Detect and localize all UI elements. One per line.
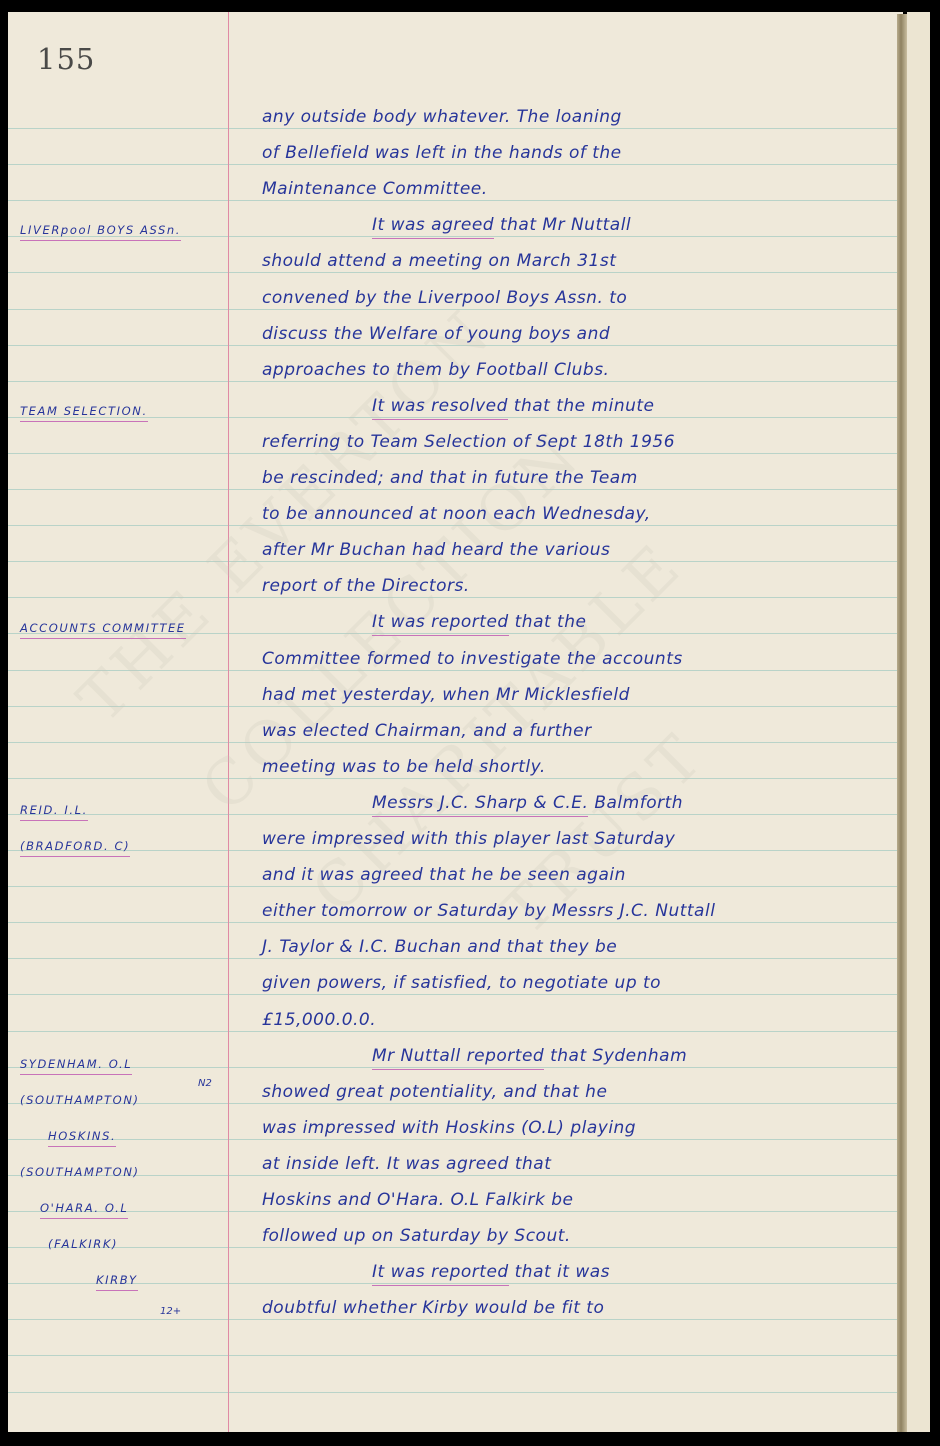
margin-note-liverpool-boys: LIVERpool BOYS ASSn. xyxy=(20,223,181,237)
rule-line xyxy=(8,1211,897,1212)
underlined-phrase: It was reported xyxy=(372,612,509,636)
margin-note-ohara: O'HARA. O.L xyxy=(40,1201,128,1215)
underlined-phrase: It was resolved xyxy=(372,396,508,420)
margin-note-text: REID. I.L. xyxy=(20,803,88,821)
rule-line xyxy=(8,1103,897,1104)
minutes-line: meeting was to be held shortly. xyxy=(262,757,546,777)
rule-line xyxy=(8,561,897,562)
rule-line xyxy=(8,381,897,382)
minutes-line: was elected Chairman, and a further xyxy=(262,721,592,741)
rule-line xyxy=(8,200,897,201)
margin-note-team-selection: TEAM SELECTION. xyxy=(20,404,148,418)
margin-note-southampton-1: (SOUTHAMPTON) xyxy=(20,1093,140,1107)
rule-line xyxy=(8,272,897,273)
minutes-line: report of the Directors. xyxy=(262,576,470,596)
minutes-line: doubtful whether Kirby would be fit to xyxy=(262,1298,604,1318)
underlined-phrase: Messrs J.C. Sharp & C.E. xyxy=(372,793,588,817)
minutes-line: of Bellefield was left in the hands of t… xyxy=(262,143,622,163)
margin-note-reid: REID. I.L. xyxy=(20,803,88,817)
margin-note-text: (SOUTHAMPTON) xyxy=(20,1165,140,1179)
margin-note-bradford: (BRADFORD. C) xyxy=(20,839,130,853)
minutes-line: Maintenance Committee. xyxy=(262,179,488,199)
minutes-line: Messrs J.C. Sharp & C.E. Balmforth xyxy=(372,793,683,813)
minutes-line: £15,000.0.0. xyxy=(262,1010,376,1030)
line-rest: that the xyxy=(509,612,587,632)
minutes-line: were impressed with this player last Sat… xyxy=(262,829,675,849)
margin-note-text: TEAM SELECTION. xyxy=(20,404,148,422)
next-page-edge xyxy=(907,12,930,1432)
minutes-line: either tomorrow or Saturday by Messrs J.… xyxy=(262,901,715,921)
minutes-line: discuss the Welfare of young boys and xyxy=(262,324,610,344)
minutes-line: followed up on Saturday by Scout. xyxy=(262,1226,571,1246)
rule-line xyxy=(8,742,897,743)
rule-line xyxy=(8,958,897,959)
rule-line xyxy=(8,309,897,310)
line-rest: that Mr Nuttall xyxy=(494,215,631,235)
margin-note-accounts-committee: ACCOUNTS COMMITTEE xyxy=(20,621,186,635)
minutes-line: It was reported that the xyxy=(372,612,586,632)
rule-line xyxy=(8,597,897,598)
underlined-phrase: It was reported xyxy=(372,1262,509,1286)
rule-line xyxy=(8,1031,897,1032)
minutes-line: referring to Team Selection of Sept 18th… xyxy=(262,432,675,452)
rule-line xyxy=(8,128,897,129)
minutes-line: It was resolved that the minute xyxy=(372,396,655,416)
margin-note-text: (BRADFORD. C) xyxy=(20,839,130,857)
minutes-line: J. Taylor & I.C. Buchan and that they be xyxy=(262,937,617,957)
minutes-line: any outside body whatever. The loaning xyxy=(262,107,622,127)
minutes-line: and it was agreed that he be seen again xyxy=(262,865,626,885)
minutes-line: Committee formed to investigate the acco… xyxy=(262,649,683,669)
rule-line xyxy=(8,1139,897,1140)
rule-line xyxy=(8,994,897,995)
book-binding-edge xyxy=(897,14,907,1432)
margin-note-sydenham: SYDENHAM. O.L xyxy=(20,1057,132,1071)
minutes-line: Hoskins and O'Hara. O.L Falkirk be xyxy=(262,1190,573,1210)
page-number: 155 xyxy=(37,42,95,76)
rule-line xyxy=(8,164,897,165)
minutes-line: to be announced at noon each Wednesday, xyxy=(262,504,651,524)
margin-note-text: (SOUTHAMPTON) xyxy=(20,1093,140,1107)
rule-line xyxy=(8,525,897,526)
minutes-line: Mr Nuttall reported that Sydenham xyxy=(372,1046,687,1066)
rule-line xyxy=(8,1319,897,1320)
rule-line xyxy=(8,1247,897,1248)
margin-note-southampton-2: (SOUTHAMPTON) xyxy=(20,1165,140,1179)
rule-line xyxy=(8,922,897,923)
minutes-line: It was reported that it was xyxy=(372,1262,610,1282)
margin-note-text: SYDENHAM. O.L xyxy=(20,1057,132,1075)
minutes-line: had met yesterday, when Mr Micklesfield xyxy=(262,685,630,705)
margin-note-text: ACCOUNTS COMMITTEE xyxy=(20,621,186,639)
margin-note-text: HOSKINS. xyxy=(48,1129,116,1147)
rule-line xyxy=(8,1392,897,1393)
margin-note-text: (FALKIRK) xyxy=(48,1237,118,1251)
margin-superscript: N2 xyxy=(198,1078,212,1089)
rule-line xyxy=(8,886,897,887)
rule-line xyxy=(8,489,897,490)
minutes-line: should attend a meeting on March 31st xyxy=(262,251,616,271)
red-margin-line xyxy=(228,12,229,1432)
rule-line xyxy=(8,345,897,346)
rule-line xyxy=(8,706,897,707)
minutes-line: showed great potentiality, and that he xyxy=(262,1082,607,1102)
minutes-line: It was agreed that Mr Nuttall xyxy=(372,215,631,235)
underlined-phrase: It was agreed xyxy=(372,215,494,239)
minutes-line: convened by the Liverpool Boys Assn. to xyxy=(262,288,627,308)
margin-note-falkirk: (FALKIRK) xyxy=(48,1237,118,1251)
minutes-line: given powers, if satisfied, to negotiate… xyxy=(262,973,661,993)
rule-line xyxy=(8,1355,897,1356)
minutes-line: was impressed with Hoskins (O.L) playing xyxy=(262,1118,636,1138)
margin-note-text: KIRBY xyxy=(96,1273,138,1291)
margin-note-hoskins: HOSKINS. xyxy=(48,1129,116,1143)
line-rest: Balmforth xyxy=(588,793,683,813)
underlined-phrase: Mr Nuttall reported xyxy=(372,1046,544,1070)
rule-line xyxy=(8,670,897,671)
line-rest: that Sydenham xyxy=(544,1046,687,1066)
rule-line xyxy=(8,850,897,851)
minutes-line: at inside left. It was agreed that xyxy=(262,1154,551,1174)
rule-line xyxy=(8,1175,897,1176)
minutes-line: approaches to them by Football Clubs. xyxy=(262,360,609,380)
margin-note-text: O'HARA. O.L xyxy=(40,1201,128,1219)
margin-note-text: LIVERpool BOYS ASSn. xyxy=(20,223,181,241)
line-rest: that the minute xyxy=(508,396,655,416)
margin-superscript: 12+ xyxy=(160,1306,181,1317)
minutes-line: after Mr Buchan had heard the various xyxy=(262,540,610,560)
minutes-line: be rescinded; and that in future the Tea… xyxy=(262,468,638,488)
margin-note-kirby: KIRBY xyxy=(96,1273,138,1287)
line-rest: that it was xyxy=(509,1262,610,1282)
rule-line xyxy=(8,453,897,454)
rule-line xyxy=(8,778,897,779)
